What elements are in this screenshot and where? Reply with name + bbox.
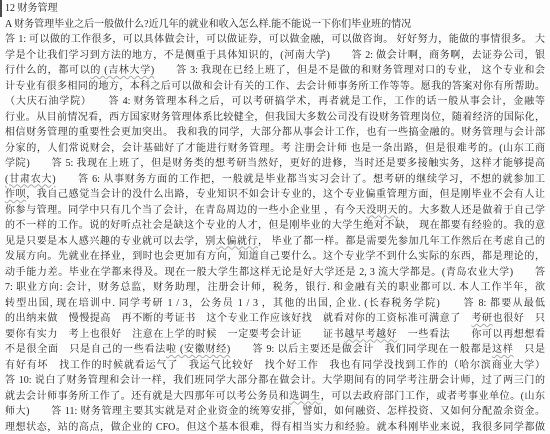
answer-text-line: 答 10: 说白了财务管理和会计一样，我们班同学大部分都在做会计。大学期间有的同… [5, 373, 545, 389]
text-segment: 发展方向。先就业在择业，到时也会更加有方向，知道自己要什么。这个专业学不到什么实… [5, 251, 545, 262]
answer-text-line: 计专业有很多相同的地方，本科之后可以做和会计有关的工作、去会计师事务所工作等等。… [5, 79, 545, 95]
answer-text-line: 相信财务管理的重要性会更加突出。 我和我的同学，大部分都从事会计工作，也有一些搞… [5, 125, 545, 141]
spellcheck-squiggle: 太偏就行 [216, 236, 258, 247]
answer-text-line: 行业。从目前情况看，西方国家财务管理体系比较健全，但我国大多数公司没有设财务管理… [5, 110, 545, 126]
answer-text-line: 发展方向。先就业在择业，到时也会更加有方向，知道自己要什么。这个专业学不到什么实… [5, 249, 545, 265]
text-segment: 行什么的，都可以 [5, 65, 90, 76]
answer-text-line: 学是个让我们学习到方法的地方，不是侧重于具体知识的，(河南大学) 答 2: 做会… [5, 48, 545, 64]
answer-text-line: 的不一样的工作。说的好听点社会是缺这个专业的人才，但是刚毕业的大学生绝对不缺， … [5, 218, 545, 234]
answer-text-line: 的出纳来做 慢慢提高 再不断的考证书 这个专业工作应该好找 就看对你的工资标准可… [5, 311, 545, 327]
text-segment: 计专业有很多相同的地方，本科之后可以做和会计有关的工作、去会计师事务所工作等等。… [5, 81, 545, 92]
text-segment: ，我自己感觉当会计的没什么出路，专业知识不如会计专业的，这个专业偏重管理方面，但… [26, 189, 545, 200]
text-segment: 答 1: 可以做的工作很多，可以具体做会计，可以做证券，可以做金融，可以做咨询。… [5, 34, 545, 45]
spellcheck-squiggle: 越早考越好 [344, 329, 397, 340]
spellcheck-squiggle: 这样 [492, 344, 513, 355]
text-segment: 不是很全面 只是自己的一些看法 [5, 344, 166, 355]
text-segment: 行业。从目前情况看，西方国家财务管理体系比较健全，但我国大多数公司没有设财务管理… [5, 112, 545, 123]
spellcheck-squiggle: 作呗 [5, 189, 26, 200]
text-segment: A 财务管理毕业之后一般做什么?近几年的就业和收入怎么样.能不能说一下你们毕业班… [5, 19, 411, 30]
text-segment: 12 财务管理 [5, 3, 58, 14]
answer-text-line: 转型出国, 现在培训中. 同学考研 1 / 3，公务员 1 / 3 ，其他的出国… [5, 296, 545, 312]
text-segment: 见是只要是本人感兴趣的专业就可以去学，别 [5, 236, 216, 247]
text-segment: （大庆石油学院） 答 4: 财务管理本科之后，可以考研搞学术，再者就是工作，工作… [5, 96, 545, 107]
answer-text-line: 分家的，人们常说财会，会计基础好了才能进行财务管理。考 注册会计师 也是一条出路… [5, 141, 545, 157]
text-segment: 7: 职业方向: 会计，财务总监，财务助理，注册会计师，税务，银行. 和金融有关… [5, 282, 545, 293]
text-segment: ，可以去政府部门工作，或者考事业单位。(山东 [321, 391, 545, 402]
text-segment: 答 6: 从事财务方面的工作把，一般就是毕业都当实习会计了。想考研的继续学习，不… [56, 174, 545, 185]
section-title: 12 财务管理 [5, 1, 545, 17]
answer-text-line: 有好有坏 找工作的时候就看运气了 我运气比较好 找个好工作 我也有同学没找到工作… [5, 358, 545, 374]
spellcheck-squiggle: 考研 [471, 313, 492, 324]
text-segment: 就去会计师事务所工作了。还有就是大四那年可以考公务员和 [5, 391, 289, 402]
text-segment: 分家的，人们常说财会，会计基础好了才能进行财务管理。考 注册会计师 也是一条出路… [5, 143, 545, 154]
text-segment: 答 3: 我现在已经上班了，但是不是做的和财务管理对口的专业， 这个专业和会 [154, 65, 545, 76]
text-segment: 你参与管理。同学中只有几个当了会计，在青岛周边的一些小企业里 ，有今天 [5, 205, 366, 216]
text-segment: 的不一样的工作。说的好听点社会是缺这个专业的人才，但是刚毕业的大学生绝对不缺， … [5, 220, 545, 231]
text-segment: 学院) 答 5: 我现在上班了，但是财务类的想考研当然好，更好的进修，当时还是要… [5, 158, 545, 169]
text-segment: ， 毕业了都一样。都是需要先参加几年工作然后在考虑自己的 [258, 236, 545, 247]
text-segment: 要你有实力 考上也很好 注意在上学的时候 一定要考会计证 证书 [5, 329, 344, 340]
answer-text-line: 答 1: 可以做的工作很多，可以具体做会计，可以做证券，可以做金融，可以做咨询。… [5, 32, 545, 48]
text-segment: 的。大多数人还是做着于自己学 [398, 205, 545, 216]
answer-text-line: 师大) 答 11: 财务管理主要其实就是对企业资金的统筹安排，譬如，如何融资、怎… [5, 404, 545, 420]
text-segment: 答 9: 以后主要还是做会计 我们同学现在一般都是 [230, 344, 492, 355]
text-segment: 也很好 只 [493, 313, 545, 324]
answer-text-line: 见是只要是本人感兴趣的专业就可以去学，别太偏就行， 毕业了都一样。都是需要先参加… [5, 234, 545, 250]
answer-text-line: 理想状态，站的高点，做企业的 CFO。但这个基本很难，得有相当实力和经验。就本科… [5, 420, 545, 434]
answer-text-line: （大庆石油学院） 答 4: 财务管理本科之后，可以考研搞学术，再者就是工作，工作… [5, 94, 545, 110]
text-segment: 学是个让我们学习到方法的地方，不是侧重于具体知识的，(河南大学) 答 2: 做会… [5, 50, 545, 61]
text-segment: 有好有坏 找工作的时候就看运气了 我运气比较好 找个好工作 我也有同学没找到工作… [5, 360, 545, 371]
text-segment: 动手能力差。毕业在学都来得及。现在一般大学生都这样无论是好大学还是 2, 3 流… [5, 267, 545, 278]
question-line: A 财务管理毕业之后一般做什么?近几年的就业和收入怎么样.能不能说一下你们毕业班… [5, 17, 545, 33]
text-segment: 相信财务管理的重要性会更加突出。 我和我的同学，大部分都从事会计工作，也有一些搞… [5, 127, 545, 138]
text-lines: 12 财务管理A 财务管理毕业之后一般做什么?近几年的就业和收入怎么样.能不能说… [5, 1, 545, 434]
answer-text-line: 7: 职业方向: 会计，财务总监，财务助理，注册会计师，税务，银行. 和金融有关… [5, 280, 545, 296]
document-page: 12 财务管理A 财务管理毕业之后一般做什么?近几年的就业和收入怎么样.能不能说… [0, 0, 550, 434]
spellcheck-squiggle: 啦 (安徽财经) [166, 344, 230, 355]
text-segment: 只是 [514, 344, 545, 355]
text-segment: 理想状态，站的高点，做企业的 CFO。但这个基本很难，得有相当实力和经验。就本科… [5, 422, 545, 433]
answer-text-line: 学院) 答 5: 我现在上班了，但是财务类的想考研当然好，更好的进修，当时还是要… [5, 156, 545, 172]
spellcheck-squiggle: (甘肃农大) [5, 174, 56, 185]
text-segment: 的出纳来做 慢慢提高 再不断的考证书 这个专业工作应该好找 就看对你的工资标准可… [5, 313, 471, 324]
spellcheck-squiggle: 没明天 [366, 205, 398, 216]
answer-text-line: 要你有实力 考上也很好 注意在上学的时候 一定要考会计证 证书越早考越好 一些看… [5, 327, 545, 343]
spellcheck-squiggle: 选调生 [289, 391, 321, 402]
stray-caret-mark [0, 0, 2, 17]
answer-text-line: 你参与管理。同学中只有几个当了会计，在青岛周边的一些小企业里 ，有今天没明天的。… [5, 203, 545, 219]
answer-text-line: 行什么的，都可以的 (吉林大学) 答 3: 我现在已经上班了，但是不是做的和财务… [5, 63, 545, 79]
text-segment: 答 10: 说白了财务管理和会计一样，我们班同学大部分都在做会计。大学期间有的同… [5, 375, 545, 386]
answer-text-line: 作呗，我自己感觉当会计的没什么出路，专业知识不如会计专业的，这个专业偏重管理方面… [5, 187, 545, 203]
answer-text-line: 就去会计师事务所工作了。还有就是大四那年可以考公务员和选调生，可以去政府部门工作… [5, 389, 545, 405]
text-segment: 师大) 答 11: 财务管理主要其实就是对企业资金的统筹安排，譬如，如何融资、怎… [5, 406, 545, 417]
spellcheck-squiggle: 的 (吉林大学) [90, 65, 154, 76]
answer-text-line: 不是很全面 只是自己的一些看法啦 (安徽财经) 答 9: 以后主要还是做会计 我… [5, 342, 545, 358]
answer-text-line: (甘肃农大) 答 6: 从事财务方面的工作把，一般就是毕业都当实习会计了。想考研… [5, 172, 545, 188]
answer-text-line: 动手能力差。毕业在学都来得及。现在一般大学生都这样无论是好大学还是 2, 3 流… [5, 265, 545, 281]
text-segment: 一些看法 你可以再想想看 [397, 329, 545, 340]
text-segment: 转型出国, 现在培训中. 同学考研 1 / 3，公务员 1 / 3 ，其他的出国… [5, 298, 545, 309]
